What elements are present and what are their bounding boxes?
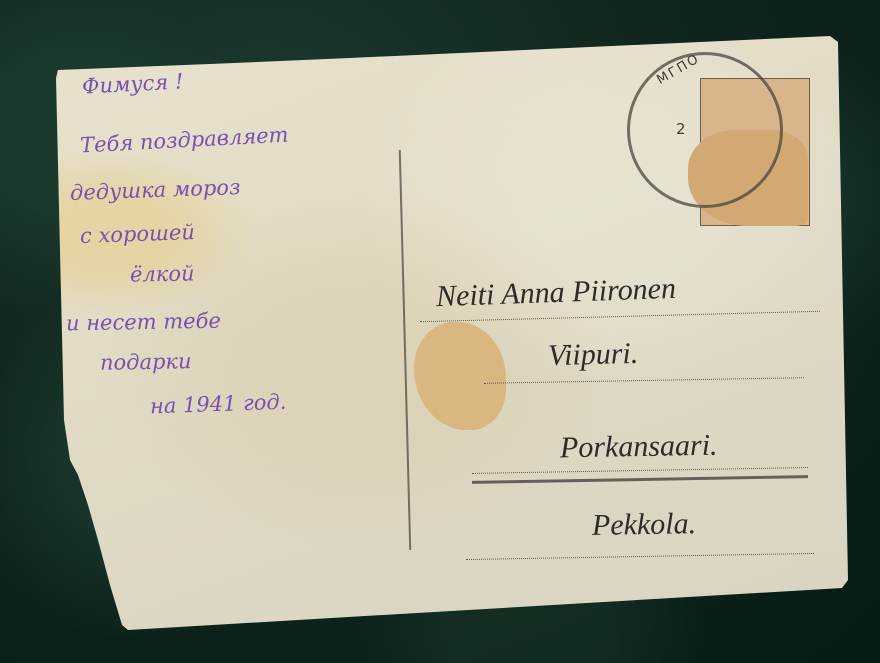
address-district: Porkansaari. (560, 429, 718, 466)
postcard: МГПО 2 Фимуся ! Тебя поздравляет дедушка… (0, 0, 880, 663)
address-city: Viipuri. (548, 337, 639, 373)
message-line: с хорошей (80, 220, 196, 248)
postmark-circle (627, 52, 783, 208)
message-line: на 1941 год. (150, 390, 287, 419)
message-line: подарки (100, 349, 192, 375)
address-village: Pekkola. (592, 507, 697, 543)
postmark-date: 2 (676, 120, 686, 138)
message-line: и несет тебе (66, 309, 221, 336)
message-line: ёлкой (130, 261, 195, 286)
